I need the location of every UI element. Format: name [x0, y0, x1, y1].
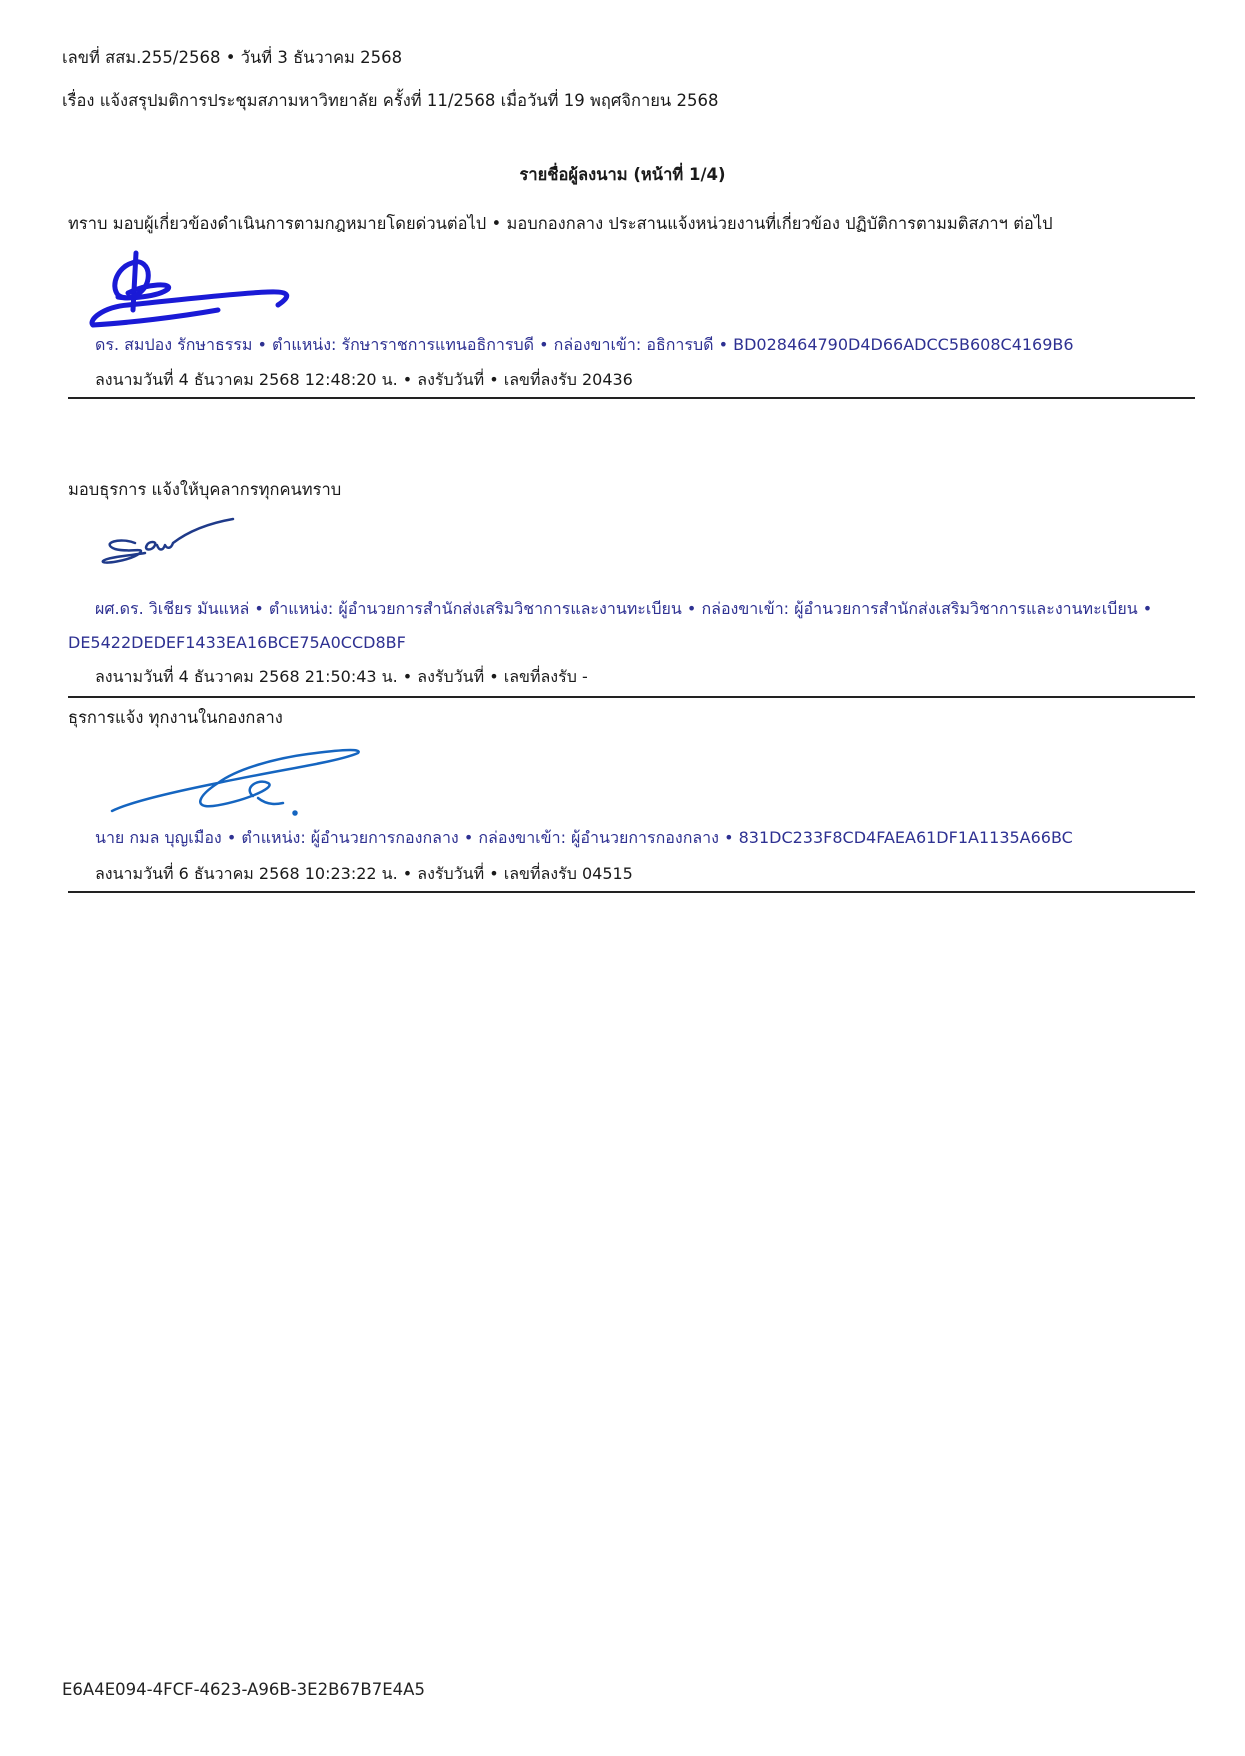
- page-title: รายชื่อผู้ลงนาม (หน้าที่ 1/4): [0, 162, 1245, 188]
- document-id: E6A4E094-4FCF-4623-A96B-3E2B67B7E4A5: [62, 1680, 425, 1699]
- signature-icon: [108, 748, 363, 818]
- divider: [68, 696, 1195, 698]
- entry-3-signer: นาย กมล บุญเมือง • ตำแหน่ง: ผู้อำนวยการก…: [95, 826, 1073, 851]
- signature-icon: [95, 515, 240, 575]
- entry-2-instruction: มอบธุรการ แจ้งให้บุคลากรทุกคนทราบ: [68, 477, 341, 503]
- entry-2-signed-date: ลงนามวันที่ 4 ธันวาคม 2568 21:50:43 น. •…: [95, 665, 588, 690]
- divider: [68, 891, 1195, 893]
- entry-1-signer: ดร. สมปอง รักษาธรรม • ตำแหน่ง: รักษาราชก…: [95, 333, 1074, 358]
- entry-1-instruction: ทราบ มอบผู้เกี่ยวข้องดำเนินการตามกฎหมายโ…: [68, 211, 1053, 237]
- entry-3-signed-date: ลงนามวันที่ 6 ธันวาคม 2568 10:23:22 น. •…: [95, 862, 633, 887]
- entry-1-signed-date: ลงนามวันที่ 4 ธันวาคม 2568 12:48:20 น. •…: [95, 368, 633, 393]
- entry-3-instruction: ธุรการแจ้ง ทุกงานในกองกลาง: [68, 705, 283, 731]
- entry-2-signer: ผศ.ดร. วิเชียร มันแหล่ • ตำแหน่ง: ผู้อำน…: [68, 592, 1188, 660]
- divider: [68, 397, 1195, 399]
- document-number: เลขที่ สสม.255/2568 • วันที่ 3 ธันวาคม 2…: [62, 45, 402, 71]
- document-subject: เรื่อง แจ้งสรุปมติการประชุมสภามหาวิทยาลั…: [62, 88, 718, 114]
- signature-icon: [88, 245, 318, 330]
